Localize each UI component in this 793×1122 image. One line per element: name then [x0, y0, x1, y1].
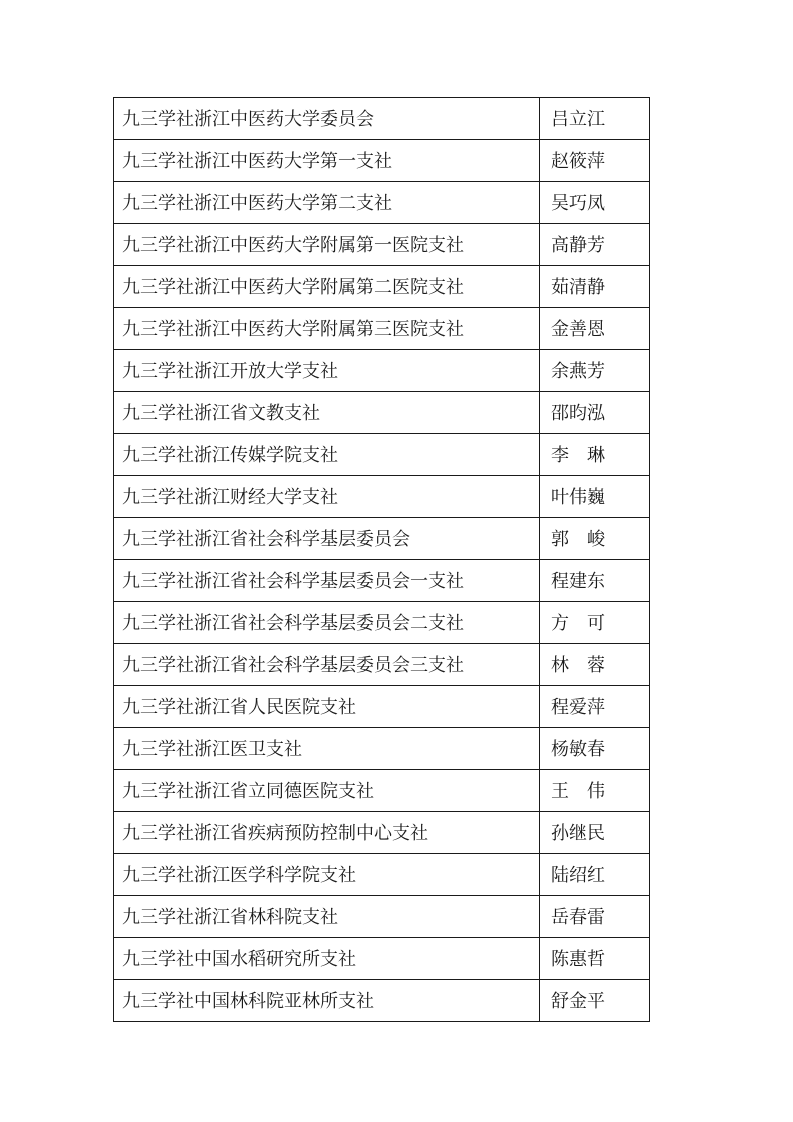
name-cell: 吕立江	[540, 98, 650, 140]
name-cell: 程建东	[540, 560, 650, 602]
name-cell: 陆绍红	[540, 854, 650, 896]
org-cell: 九三学社浙江省社会科学基层委员会三支社	[114, 644, 540, 686]
org-cell: 九三学社浙江省立同德医院支社	[114, 770, 540, 812]
table-row: 九三学社浙江省社会科学基层委员会二支社 方 可	[114, 602, 650, 644]
org-cell: 九三学社浙江省文教支社	[114, 392, 540, 434]
table-row: 九三学社浙江中医药大学委员会 吕立江	[114, 98, 650, 140]
name-cell: 林 蓉	[540, 644, 650, 686]
table-row: 九三学社浙江省文教支社 邵昀泓	[114, 392, 650, 434]
org-cell: 九三学社中国林科院亚林所支社	[114, 980, 540, 1022]
table-row: 九三学社浙江传媒学院支社 李 琳	[114, 434, 650, 476]
table-row: 九三学社浙江中医药大学附属第三医院支社 金善恩	[114, 308, 650, 350]
roster-table-body: 九三学社浙江中医药大学委员会 吕立江 九三学社浙江中医药大学第一支社 赵筱萍 九…	[114, 98, 650, 1022]
name-cell: 程爱萍	[540, 686, 650, 728]
name-cell: 赵筱萍	[540, 140, 650, 182]
table-row: 九三学社浙江中医药大学第二支社 吴巧凤	[114, 182, 650, 224]
name-cell: 高静芳	[540, 224, 650, 266]
name-cell: 茹清静	[540, 266, 650, 308]
org-cell: 九三学社浙江中医药大学委员会	[114, 98, 540, 140]
name-cell: 金善恩	[540, 308, 650, 350]
table-row: 九三学社浙江财经大学支社 叶伟巍	[114, 476, 650, 518]
name-cell: 方 可	[540, 602, 650, 644]
name-cell: 叶伟巍	[540, 476, 650, 518]
name-cell: 吴巧凤	[540, 182, 650, 224]
org-cell: 九三学社浙江省林科院支社	[114, 896, 540, 938]
table-row: 九三学社浙江省社会科学基层委员会一支社 程建东	[114, 560, 650, 602]
table-row: 九三学社浙江中医药大学第一支社 赵筱萍	[114, 140, 650, 182]
table-row: 九三学社浙江省立同德医院支社 王 伟	[114, 770, 650, 812]
org-cell: 九三学社浙江省社会科学基层委员会	[114, 518, 540, 560]
org-cell: 九三学社浙江财经大学支社	[114, 476, 540, 518]
org-cell: 九三学社中国水稻研究所支社	[114, 938, 540, 980]
table-row: 九三学社浙江医卫支社 杨敏春	[114, 728, 650, 770]
table-row: 九三学社浙江省社会科学基层委员会 郭 峻	[114, 518, 650, 560]
name-cell: 王 伟	[540, 770, 650, 812]
org-cell: 九三学社浙江中医药大学第二支社	[114, 182, 540, 224]
table-row: 九三学社浙江中医药大学附属第一医院支社 高静芳	[114, 224, 650, 266]
org-cell: 九三学社浙江开放大学支社	[114, 350, 540, 392]
table-row: 九三学社浙江开放大学支社 余燕芳	[114, 350, 650, 392]
name-cell: 舒金平	[540, 980, 650, 1022]
table-row: 九三学社浙江医学科学院支社 陆绍红	[114, 854, 650, 896]
table-row: 九三学社中国林科院亚林所支社 舒金平	[114, 980, 650, 1022]
table-row: 九三学社浙江省林科院支社 岳春雷	[114, 896, 650, 938]
name-cell: 邵昀泓	[540, 392, 650, 434]
org-cell: 九三学社浙江中医药大学附属第二医院支社	[114, 266, 540, 308]
table-row: 九三学社浙江省疾病预防控制中心支社 孙继民	[114, 812, 650, 854]
table-row: 九三学社浙江省社会科学基层委员会三支社 林 蓉	[114, 644, 650, 686]
table-row: 九三学社中国水稻研究所支社 陈惠哲	[114, 938, 650, 980]
name-cell: 余燕芳	[540, 350, 650, 392]
org-cell: 九三学社浙江中医药大学附属第三医院支社	[114, 308, 540, 350]
org-cell: 九三学社浙江省人民医院支社	[114, 686, 540, 728]
org-cell: 九三学社浙江中医药大学第一支社	[114, 140, 540, 182]
name-cell: 李 琳	[540, 434, 650, 476]
org-cell: 九三学社浙江省社会科学基层委员会二支社	[114, 602, 540, 644]
org-cell: 九三学社浙江中医药大学附属第一医院支社	[114, 224, 540, 266]
name-cell: 杨敏春	[540, 728, 650, 770]
document-page: 九三学社浙江中医药大学委员会 吕立江 九三学社浙江中医药大学第一支社 赵筱萍 九…	[0, 0, 793, 1122]
org-cell: 九三学社浙江传媒学院支社	[114, 434, 540, 476]
name-cell: 陈惠哲	[540, 938, 650, 980]
org-cell: 九三学社浙江省疾病预防控制中心支社	[114, 812, 540, 854]
name-cell: 岳春雷	[540, 896, 650, 938]
org-cell: 九三学社浙江医学科学院支社	[114, 854, 540, 896]
roster-table: 九三学社浙江中医药大学委员会 吕立江 九三学社浙江中医药大学第一支社 赵筱萍 九…	[113, 97, 650, 1022]
name-cell: 孙继民	[540, 812, 650, 854]
org-cell: 九三学社浙江省社会科学基层委员会一支社	[114, 560, 540, 602]
org-cell: 九三学社浙江医卫支社	[114, 728, 540, 770]
name-cell: 郭 峻	[540, 518, 650, 560]
table-row: 九三学社浙江省人民医院支社 程爱萍	[114, 686, 650, 728]
table-row: 九三学社浙江中医药大学附属第二医院支社 茹清静	[114, 266, 650, 308]
